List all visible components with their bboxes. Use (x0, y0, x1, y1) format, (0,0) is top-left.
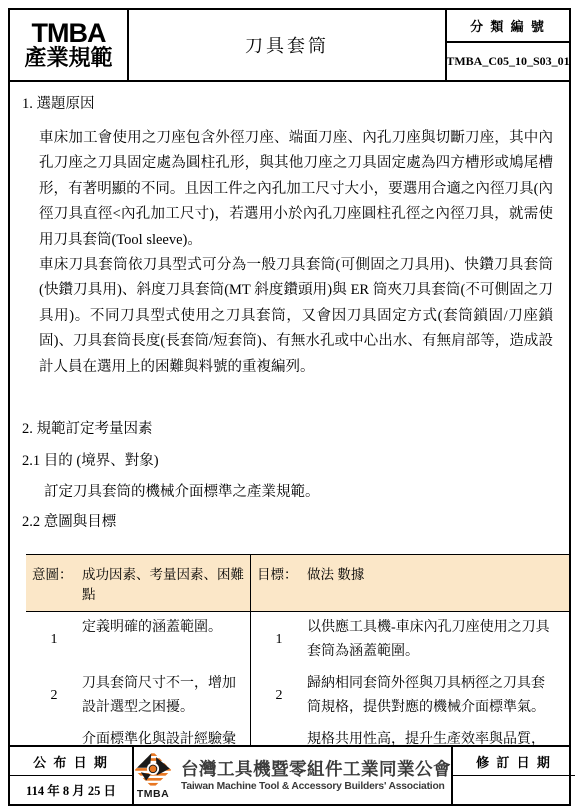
goal-row-text: 以供應工具機-車床內孔刀座使用之刀具套筒為涵蓋範圍。 (307, 612, 569, 668)
goal-cell: 1 以供應工具機-車床內孔刀座使用之刀具套筒為涵蓋範圍。 (250, 612, 569, 668)
association-names: 台灣工具機暨零組件工業同業公會 Taiwan Machine Tool & Ac… (181, 758, 451, 793)
spec-document-page: TMBA 產業規範 刀具套筒 分 類 編 號 TMBA_C05_10_S03_0… (0, 0, 578, 811)
intent-header-cell: 意圖： 成功因素、考量因素、困難點 (26, 555, 250, 611)
intent-header-text: 成功因素、考量因素、困難點 (82, 555, 250, 611)
revision-date-box: 修 訂 日 期 (451, 747, 575, 804)
classification-box: 分 類 編 號 TMBA_C05_10_S03_01 (445, 10, 569, 80)
tmba-logo-subtitle: 產業規範 (24, 46, 112, 70)
intent-row-number: 2 (26, 688, 82, 704)
section-1-heading: 1. 選題原因 (22, 93, 553, 115)
tmba-logo-text: TMBA (32, 21, 106, 46)
section-1-paragraph-1: 車床加工會使用之刀座包含外徑刀座、端面刀座、內孔刀座與切斷刀座，其中內孔刀座之刀… (39, 126, 553, 253)
tmba-footer-logo-text: TMBA (137, 788, 169, 800)
publish-date-value: 114 年 8 月 25 日 (10, 776, 132, 804)
intent-row-number: 1 (26, 632, 82, 648)
intent-cell: 3 介面標準化與設計經驗彙整，可降低選用錯誤率。 (26, 724, 250, 745)
document-header: TMBA 產業規範 刀具套筒 分 類 編 號 TMBA_C05_10_S03_0… (10, 10, 569, 82)
goal-label: 目標： (251, 555, 307, 611)
goal-cell: 2 歸納相同套筒外徑與刀具柄徑之刀具套筒規格，提供對應的機械介面標準氣。 (250, 668, 569, 724)
tmba-diamond-icon (134, 751, 172, 789)
intent-cell: 1 定義明確的涵蓋範圍。 (26, 612, 250, 668)
goal-row-number: 2 (251, 688, 307, 704)
tmba-footer-logo: TMBA (134, 751, 172, 800)
table-row: 1 定義明確的涵蓋範圍。 1 以供應工具機-車床內孔刀座使用之刀具套筒為涵蓋範圍… (26, 612, 569, 668)
intent-goal-table: 意圖： 成功因素、考量因素、困難點 目標： 做法 數據 1 定義明確的涵蓋範圍。… (26, 554, 569, 745)
intent-row-text: 介面標準化與設計經驗彙整，可降低選用錯誤率。 (82, 724, 250, 745)
association-name-en: Taiwan Machine Tool & Accessory Builders… (181, 780, 451, 793)
page-frame: TMBA 產業規範 刀具套筒 分 類 編 號 TMBA_C05_10_S03_0… (8, 8, 571, 806)
document-footer: 公 布 日 期 114 年 8 月 25 日 (10, 745, 569, 804)
section-2-heading: 2. 規範訂定考量因素 (22, 418, 553, 440)
table-header-row: 意圖： 成功因素、考量因素、困難點 目標： 做法 數據 (26, 554, 569, 612)
classification-label: 分 類 編 號 (447, 10, 569, 43)
revision-date-label: 修 訂 日 期 (453, 747, 575, 776)
goal-cell: 3 規格共用性高，提升生產效率與品質，快速反應市場需求。 (250, 724, 569, 745)
table-row: 2 刀具套筒尺寸不一，增加設計選型之困擾。 2 歸納相同套筒外徑與刀具柄徑之刀具… (26, 668, 569, 724)
publish-date-label: 公 布 日 期 (10, 747, 132, 776)
goal-header-cell: 目標： 做法 數據 (250, 555, 569, 611)
goal-row-text: 歸納相同套筒外徑與刀具柄徑之刀具套筒規格，提供對應的機械介面標準氣。 (307, 668, 569, 724)
section-2-1-text: 訂定刀具套筒的機械介面標準之產業規範。 (44, 481, 553, 503)
document-title: 刀具套筒 (129, 10, 445, 80)
document-body: 1. 選題原因 車床加工會使用之刀座包含外徑刀座、端面刀座、內孔刀座與切斷刀座，… (10, 82, 569, 745)
goal-row-number: 1 (251, 632, 307, 648)
publish-date-box: 公 布 日 期 114 年 8 月 25 日 (10, 747, 134, 804)
intent-row-text: 定義明確的涵蓋範圍。 (82, 612, 250, 668)
spacer (22, 380, 553, 418)
goal-row-text: 規格共用性高，提升生產效率與品質，快速反應市場需求。 (307, 724, 569, 745)
revision-date-value (453, 776, 575, 804)
association-banner: TMBA 台灣工具機暨零組件工業同業公會 Taiwan Machine Tool… (134, 747, 451, 804)
goal-header-text: 做法 數據 (307, 555, 569, 611)
association-name-zh: 台灣工具機暨零組件工業同業公會 (181, 758, 451, 780)
section-2-1-heading: 2.1 目的 (境界、對象) (22, 450, 553, 472)
intent-label: 意圖： (26, 555, 82, 611)
classification-number: TMBA_C05_10_S03_01 (447, 43, 569, 80)
section-2-2-heading: 2.2 意圖與目標 (22, 511, 553, 533)
intent-cell: 2 刀具套筒尺寸不一，增加設計選型之困擾。 (26, 668, 250, 724)
intent-row-text: 刀具套筒尺寸不一，增加設計選型之困擾。 (82, 668, 250, 724)
tmba-logo-box: TMBA 產業規範 (10, 10, 129, 80)
section-1-paragraph-2: 車床刀具套筒依刀具型式可分為一般刀具套筒(可側固之刀具用)、快鑽刀具套筒(快鑽刀… (39, 253, 553, 380)
table-row: 3 介面標準化與設計經驗彙整，可降低選用錯誤率。 3 規格共用性高，提升生產效率… (26, 724, 569, 745)
